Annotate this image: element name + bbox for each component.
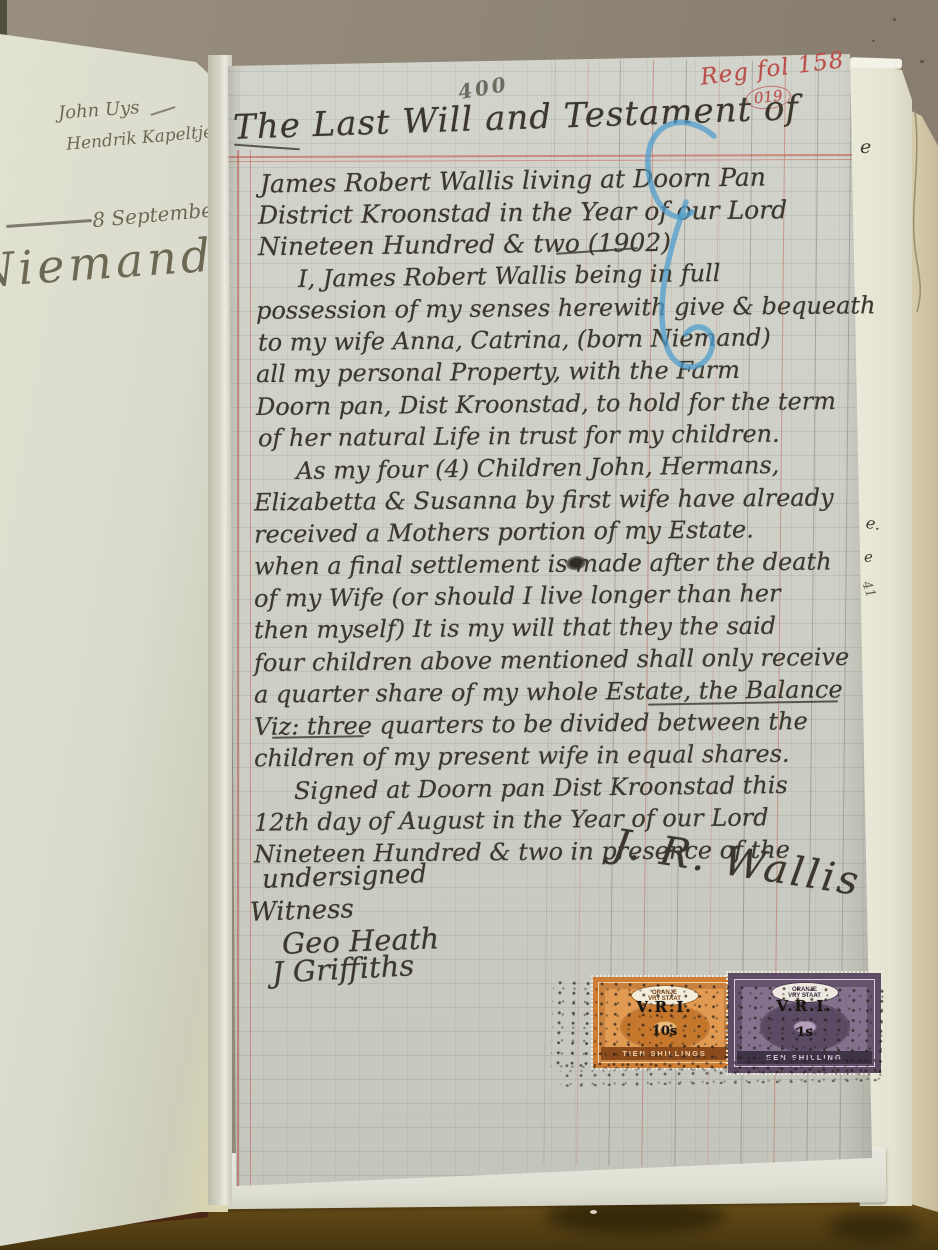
ink-layer: 400 Reg fol 158 019 The Last Will and Te… bbox=[0, 0, 938, 1250]
edge-fragment: e bbox=[860, 136, 871, 158]
edge-fragment: e bbox=[864, 548, 873, 566]
edge-fragment: e. bbox=[865, 513, 882, 534]
photo-of-will-document: John Uys Hendrik Kapeltjes 8 September 1… bbox=[0, 0, 938, 1250]
